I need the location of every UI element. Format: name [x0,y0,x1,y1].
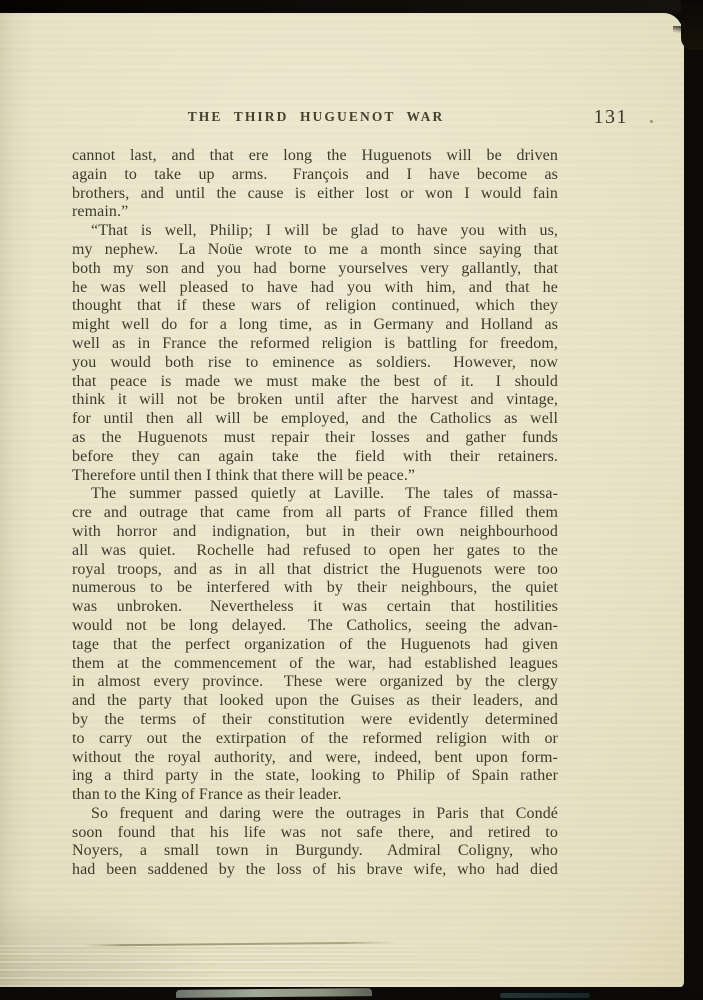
text-line: than to the King of France as their lead… [72,786,558,805]
text-line: to carry out the extirpation of the refo… [72,730,558,749]
text-line: was unbroken. Nevertheless it was certai… [72,598,558,617]
text-line: well as in France the reformed religion … [72,335,558,354]
text-line: “That is well, Philip; I will be glad to… [72,222,558,241]
text-line: might well do for a long time, as in Ger… [72,316,558,335]
text-line: soon found that his life was not safe th… [72,824,558,843]
page-stack-edges [0,945,540,987]
text-line: as the Huguenots must repair their losse… [72,429,558,448]
text-line: before they can again take the field wit… [72,448,558,467]
text-line: Noyers, a small town in Burgundy. Admira… [72,842,558,861]
text-line: So frequent and daring were the outrages… [72,805,558,824]
text-line: think it will not be broken until after … [72,391,558,410]
text-line: royal troops, and as in all that distric… [72,561,558,580]
text-line: Therefore until then I think that there … [72,467,558,486]
text-line: again to take up arms. François and I ha… [72,166,558,185]
text-line: both my son and you had borne yourselves… [72,260,558,279]
text-line: cre and outrage that came from all parts… [72,504,558,523]
text-line: that peace is made we must make the best… [72,373,558,392]
text-line: by the terms of their constitution were … [72,711,558,730]
page-header: THE THIRD HUGUENOT WAR 131 [72,106,630,130]
text-line: remain.” [72,203,558,222]
text-line: The summer passed quietly at Laville. Th… [72,485,558,504]
text-line: you would both rise to eminence as soldi… [72,354,558,373]
text-line: them at the commencement of the war, had… [72,655,558,674]
text-line: brothers, and until the cause is either … [72,185,558,204]
text-line: for until then all will be employed, and… [72,410,558,429]
book-scan-root: THE THIRD HUGUENOT WAR 131 cannot last, … [0,0,703,1000]
fore-edge-page-stripes [680,42,703,990]
text-line: cannot last, and that ere long the Hugue… [72,147,558,166]
body-text-block: cannot last, and that ere long the Hugue… [72,147,558,880]
text-line: numerous to be interfered with by their … [72,579,558,598]
text-line: thought that if these wars of religion c… [72,297,558,316]
text-line: without the royal authority, and were, i… [72,749,558,768]
page-number: 131 [594,106,629,129]
bottom-dark-sliver [500,993,590,998]
text-line: with horror and indignation, but in thei… [72,523,558,542]
text-line: and the party that looked upon the Guise… [72,692,558,711]
scanner-top-edge [0,0,703,13]
text-line: ing a third party in the state, looking … [72,767,558,786]
text-line: my nephew. La Noüe wrote to me a month s… [72,241,558,260]
text-line: would not be long delayed. The Catholics… [72,617,558,636]
text-line: had been saddened by the loss of his bra… [72,861,558,880]
text-line: in almost every province. These were org… [72,673,558,692]
text-line: tage that the perfect organization of th… [72,636,558,655]
bottom-page-edge-sliver [176,988,372,998]
running-title: THE THIRD HUGUENOT WAR [72,109,560,125]
text-line: all was quiet. Rochelle had refused to o… [72,542,558,561]
text-line: he was well pleased to have had you with… [72,279,558,298]
scanner-top-right-edge [681,0,703,50]
paper-speck [650,120,653,123]
